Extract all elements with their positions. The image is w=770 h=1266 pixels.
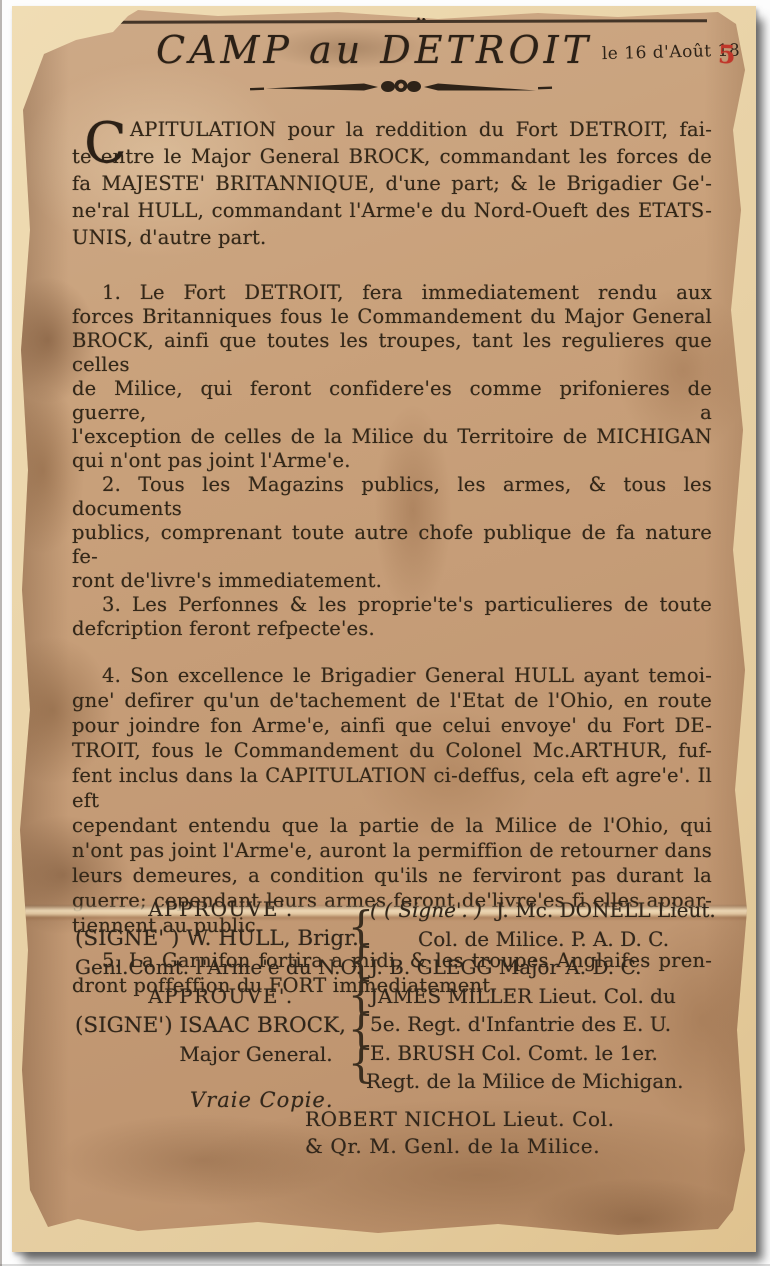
printers-rule-ornament-icon <box>246 74 556 100</box>
body-line: qui n'ont pas joint l'Arme'e. <box>72 449 712 473</box>
signature-line: E. BRUSH Col. Comt. le 1er. <box>370 1039 720 1068</box>
body-line: forces Britanniques fous le Commandement… <box>72 305 712 329</box>
document-body: C APITULATION pour la reddition du Fort … <box>72 116 712 998</box>
nichol-signature: ROBERT NICHOL Lieut. Col.& Qr. M. Genl. … <box>305 1106 675 1160</box>
body-line: de Milice, qui feront confidere'es comme… <box>72 377 712 425</box>
signature-line: ROBERT NICHOL Lieut. Col. <box>305 1106 675 1133</box>
document-page: II CAMP au DETROITle 16 d'Août 1812. 5 <box>18 10 748 1242</box>
hull-title-line: Genl.Comt. l'Arme'e du N.O. <box>75 953 367 982</box>
scan-background: II CAMP au DETROITle 16 d'Août 1812. 5 <box>0 0 770 1266</box>
body-line: fent inclus dans la CAPITULATION ci-deff… <box>72 763 712 813</box>
document-title: CAMP au DETROIT <box>156 28 592 72</box>
article-paragraph: 1. Le Fort DETROIT, fera immediatement r… <box>72 281 712 473</box>
signature-line: JAMES MILLER Lieut. Col. du <box>370 982 720 1011</box>
body-line: n'ont pas joint l'Arme'e, auront la perm… <box>72 838 712 863</box>
body-line: ront de'livre's immediatement. <box>72 569 712 593</box>
approuve-label-2: APPROUVE'. <box>75 982 367 1011</box>
document-header: CAMP au DETROITle 16 d'Août 1812. <box>156 28 716 72</box>
signature-line: & Qr. M. Genl. de la Milice. <box>305 1133 675 1160</box>
brock-title-line: Major General. <box>75 1040 367 1069</box>
signe-row: ( ( Signe'. )J. Mc. DONELL Lieut. <box>370 896 720 925</box>
signe-hull-line: (SIGNE' ) W. HULL, Brigr. <box>75 924 367 953</box>
preamble-paragraph: APITULATION pour la reddition du Fort DE… <box>72 116 712 251</box>
body-line: defcription feront refpecte'es. <box>72 617 712 641</box>
signature-line: Col. de Milice. P. A. D. C. <box>370 925 720 954</box>
dropcap-initial: C <box>84 118 127 170</box>
body-line: publics, comprenant toute autre chofe pu… <box>72 521 712 569</box>
article-paragraph: 3. Les Perfonnes & les proprie'te's part… <box>72 593 712 641</box>
signe-label: ( ( Signe'. ) <box>370 898 482 922</box>
approuve-label-1: APPROUVE'. <box>75 895 367 924</box>
body-line: TROIT, fous le Commandement du Colonel M… <box>72 738 712 763</box>
body-line: UNIS, d'autre part. <box>72 224 712 251</box>
signe-brock-line: (SIGNE') ISAAC BROCK, <box>75 1011 367 1040</box>
body-line: fa MAJESTE' BRITANNIQUE, d'une part; & l… <box>72 170 712 197</box>
header-rule <box>115 19 707 24</box>
body-line: ne'ral HULL, commandant l'Arme'e du Nord… <box>72 197 712 224</box>
body-line: BROCK, ainfi que toutes les troupes, tan… <box>72 329 712 377</box>
body-line: l'exception de celles de la Milice du Te… <box>72 425 712 449</box>
body-line: 2. Tous les Magazins publics, les armes,… <box>72 473 712 521</box>
body-line: te entre le Major General BROCK, command… <box>72 143 712 170</box>
body-line: 3. Les Perfonnes & les proprie'te's part… <box>72 593 712 617</box>
archive-number-stamp: 5 <box>717 40 735 70</box>
article-paragraph: 2. Tous les Magazins publics, les armes,… <box>72 473 712 593</box>
body-line: 1. Le Fort DETROIT, fera immediatement r… <box>72 281 712 305</box>
signature-line: J. B. GLEGG Major A. D. C. <box>370 953 720 982</box>
body-line: pour joindre fon Arme'e, ainfi que celui… <box>72 713 712 738</box>
signature-column-right: ( ( Signe'. )J. Mc. DONELL Lieut. Col. d… <box>370 896 720 1096</box>
signature-line: 5e. Regt. d'Infantrie des E. U. <box>370 1010 720 1039</box>
body-line: gne' defirer qu'un de'tachement de l'Eta… <box>72 688 712 713</box>
signature-line: Regt. de la Milice de Michigan. <box>366 1067 720 1096</box>
signature-column-left: APPROUVE'. (SIGNE' ) W. HULL, Brigr. Gen… <box>75 895 367 1069</box>
body-line: leurs demeures, a condition qu'ils ne fe… <box>72 863 712 888</box>
body-line: 4. Son excellence le Brigadier General H… <box>72 663 712 688</box>
body-line: cependant entendu que la partie de la Mi… <box>72 813 712 838</box>
mcdonell-name: J. Mc. DONELL Lieut. <box>496 898 716 922</box>
body-line: APITULATION pour la reddition du Fort DE… <box>72 116 712 143</box>
